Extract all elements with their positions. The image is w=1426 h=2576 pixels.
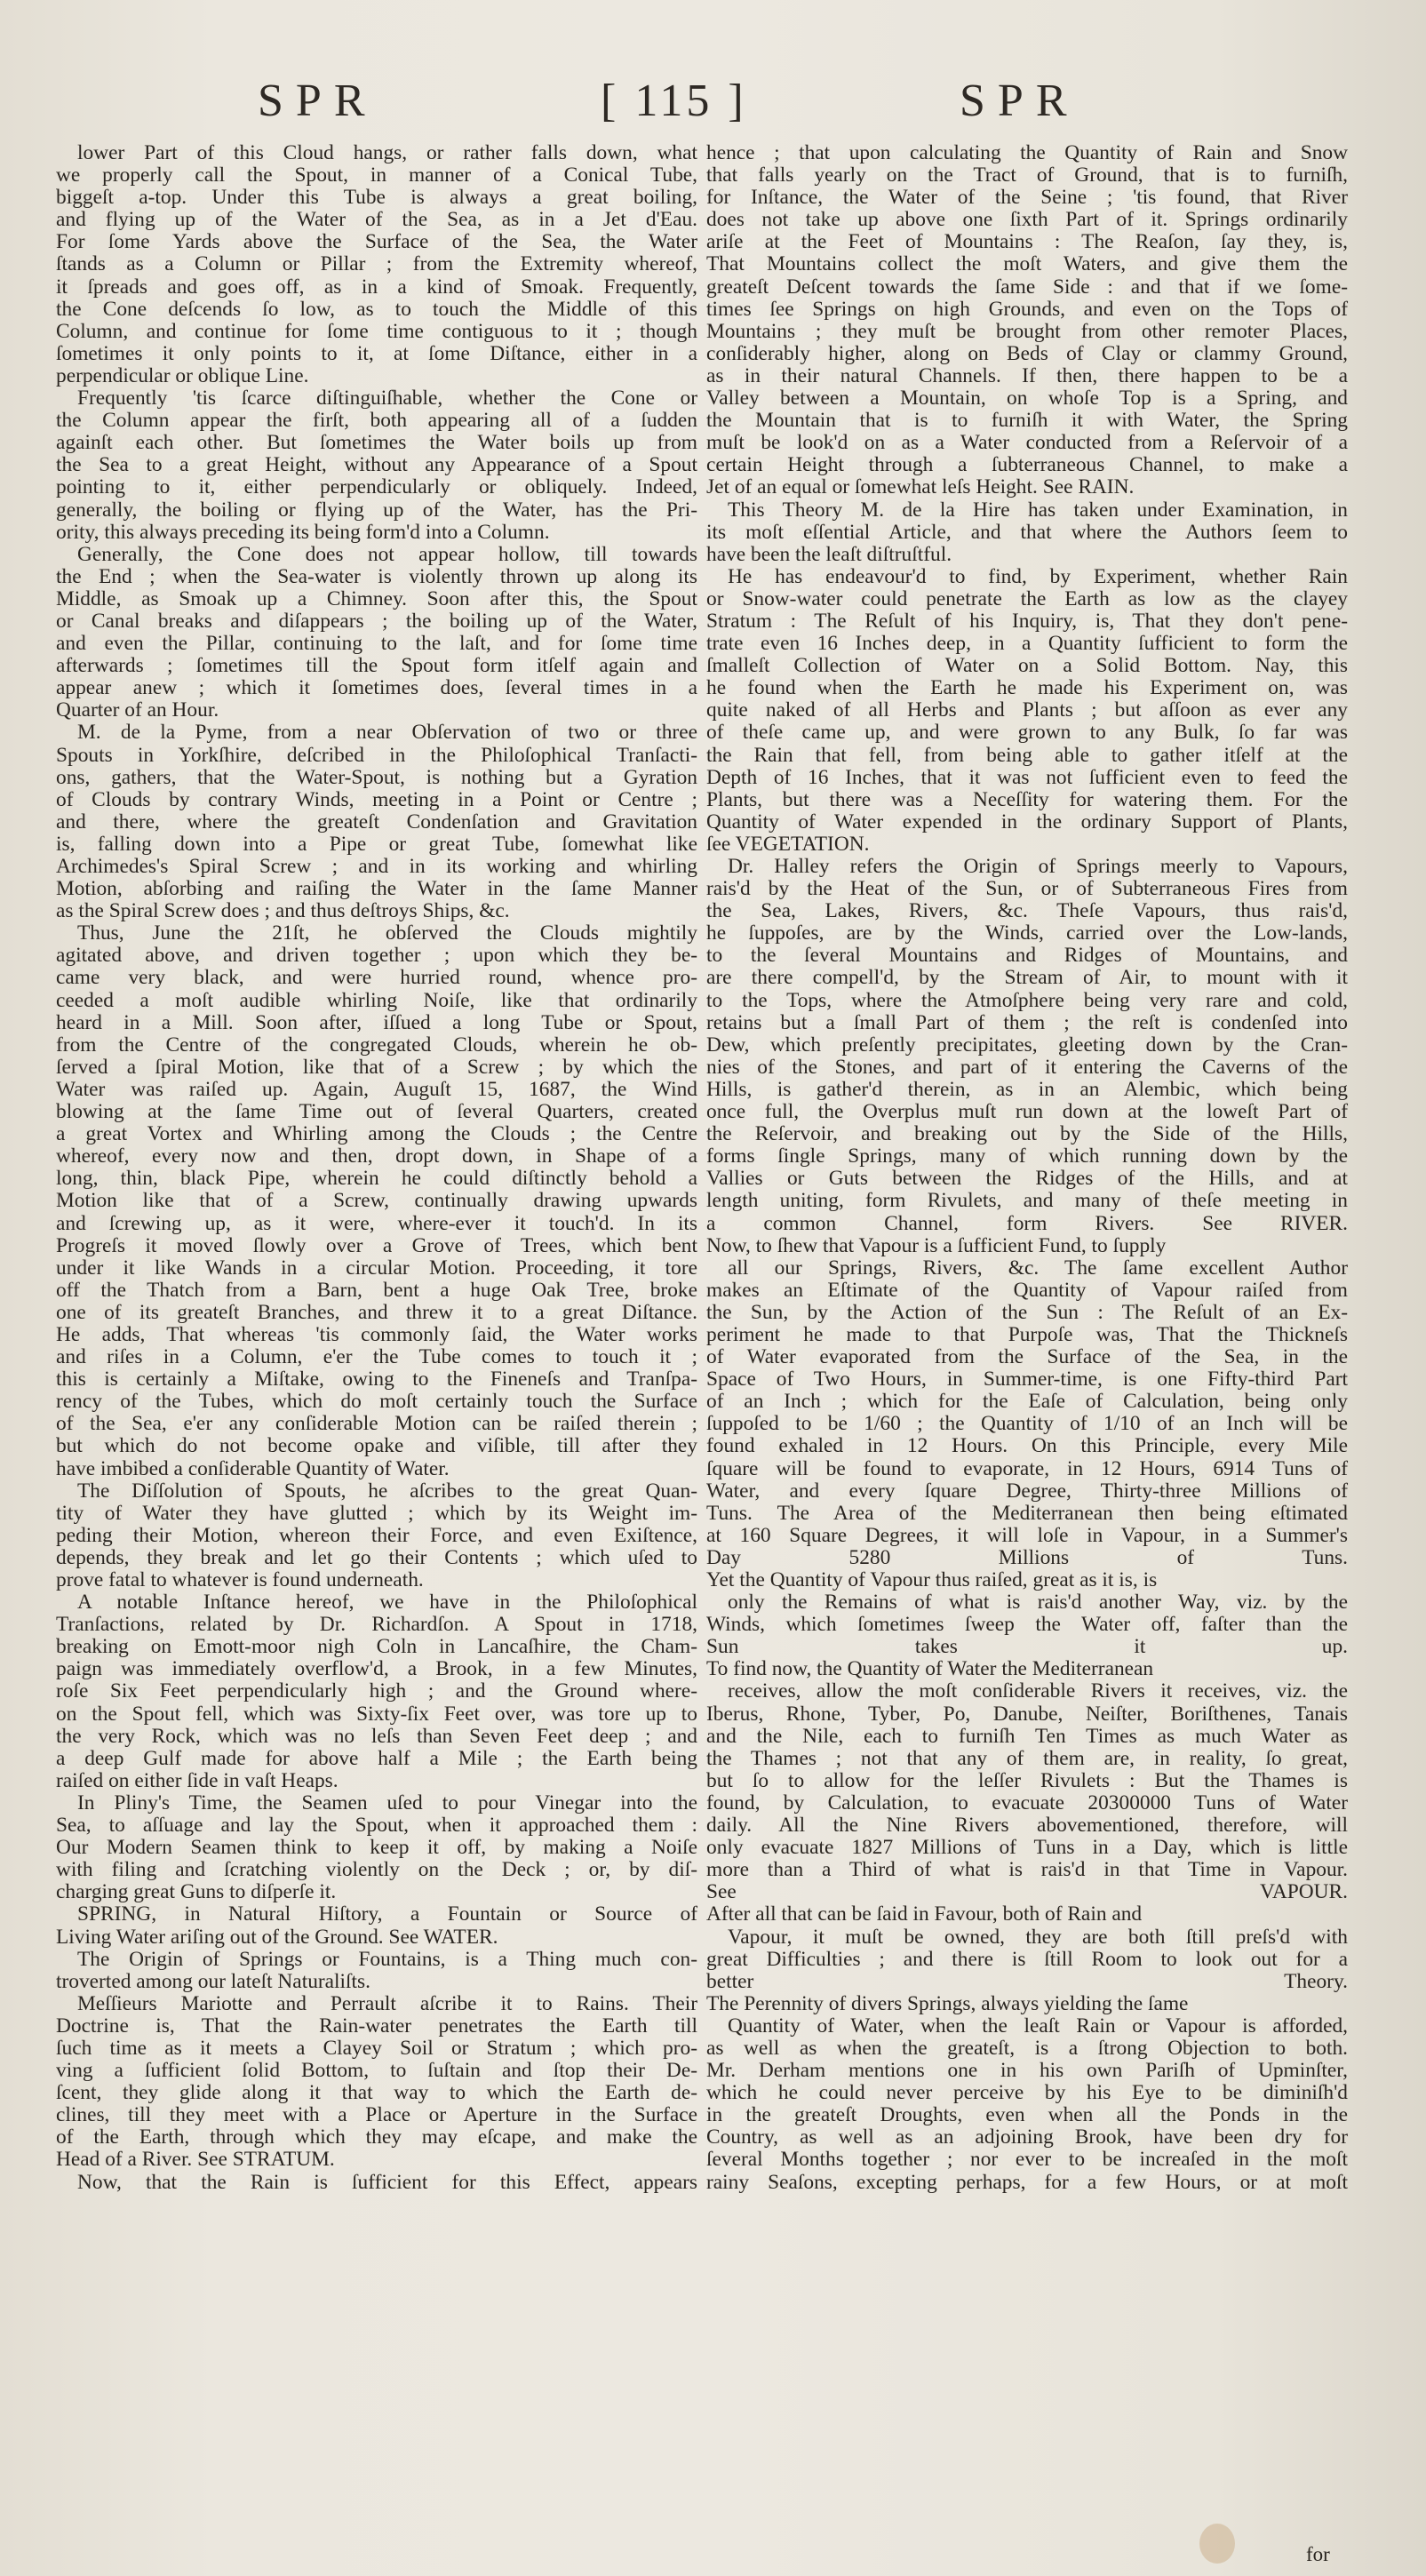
text-line: rainy Seaſons, excepting perhaps, for a … — [706, 2172, 1348, 2194]
text-line: the Rain that fell, from being able to g… — [706, 745, 1348, 767]
text-line: Day 5280 Millions of Tuns. — [706, 1547, 1348, 1569]
text-line: of theſe came up, and were grown to any … — [706, 722, 1348, 744]
text-line: SPRING, in Natural Hiſtory, a Fountain o… — [56, 1903, 697, 1926]
text-line: ſuppoſed to be 1/60 ; the Quantity of 1/… — [706, 1413, 1348, 1435]
text-line: Doctrine is, That the Rain-water penetra… — [56, 2015, 697, 2038]
text-line: Tuns. The Area of the Mediterranean then… — [706, 1503, 1348, 1525]
running-head: SPR [ 115 ] SPR — [0, 75, 1426, 137]
text-line: but ſo to allow for the leſſer Rivulets … — [706, 1770, 1348, 1792]
text-line: In Pliny's Time, the Seamen uſed to pour… — [56, 1792, 697, 1814]
text-line: times ſee Springs on high Grounds, and e… — [706, 299, 1348, 321]
text-line: The Origin of Springs or Fountains, is a… — [56, 1949, 697, 1971]
text-line: came very black, and were hurried round,… — [56, 967, 697, 989]
text-line: ſtands as a Column or Pillar ; from the … — [56, 253, 697, 275]
text-line: paign was immediately overflow'd, a Broo… — [56, 1658, 697, 1680]
text-line: Jet of an equal or ſomewhat leſs Height.… — [706, 476, 1348, 498]
text-line: of the Sea, e'er any conſiderable Motion… — [56, 1413, 697, 1435]
text-line: For ſome Yards above the Surface of the … — [56, 231, 697, 253]
text-line: have been the leaſt diſtruſtful. — [706, 544, 1348, 566]
text-line: againſt each other. But ſometimes the Wa… — [56, 432, 697, 454]
text-line: heard in a Mill. Soon after, iſſued a lo… — [56, 1012, 697, 1034]
text-line: of an Inch ; which for the Eaſe of Calcu… — [706, 1391, 1348, 1413]
text-line: This Theory M. de la Hire has taken unde… — [706, 499, 1348, 522]
text-line: conſiderably higher, along on Beds of Cl… — [706, 343, 1348, 365]
text-line: hence ; that upon calculating the Quanti… — [706, 142, 1348, 164]
text-line: Tranſactions, related by Dr. Richardſon.… — [56, 1614, 697, 1636]
text-line: to the Tops, where the Atmoſphere being … — [706, 990, 1348, 1012]
catchword: for — [1306, 2543, 1330, 2566]
text-line: we properly call the Spout, in manner of… — [56, 164, 697, 187]
text-line: Now, to ſhew that Vapour is a ſufficient… — [706, 1235, 1348, 1257]
text-line: but which do not become opake and viſibl… — [56, 1435, 697, 1457]
text-line: tity of Water they have glutted ; which … — [56, 1503, 697, 1525]
text-line: Vallies or Guts between the Ridges of th… — [706, 1168, 1348, 1190]
text-line: or Snow-water could penetrate the Earth … — [706, 588, 1348, 610]
text-line: Plants, but there was a Neceſſity for wa… — [706, 789, 1348, 811]
text-line: found exhaled in 12 Hours. On this Princ… — [706, 1435, 1348, 1457]
running-head-right: SPR — [960, 75, 1079, 127]
text-line: great Difficulties ; and there is ſtill … — [706, 1949, 1348, 1971]
text-line: ſerved a ſpiral Motion, like that of a S… — [56, 1057, 697, 1079]
text-line: ority, this always preceding its being f… — [56, 522, 697, 544]
text-line: which he could never perceive by his Eye… — [706, 2082, 1348, 2104]
text-line: the Thames ; not that any of them are, i… — [706, 1748, 1348, 1770]
text-line: the Sun, by the Action of the Sun : The … — [706, 1302, 1348, 1324]
text-line: ſometimes it only points to it, at ſome … — [56, 343, 697, 365]
text-line: Mountains ; they muſt be brought from ot… — [706, 321, 1348, 343]
text-line: receives, allow the moſt conſiderable Ri… — [706, 1680, 1348, 1703]
text-line: have imbibed a conſiderable Quantity of … — [56, 1458, 697, 1480]
text-line: Vapour, it muſt be owned, they are both … — [706, 1926, 1348, 1949]
text-line: it ſpreads and goes off, as in a kind of… — [56, 276, 697, 299]
text-line: the Sea, Lakes, Rivers, &c. Theſe Vapour… — [706, 900, 1348, 922]
running-head-left: SPR — [258, 75, 378, 127]
text-line: muſt be look'd on as a Water conducted f… — [706, 432, 1348, 454]
text-line: Quantity of Water expended in the ordina… — [706, 811, 1348, 833]
text-line: on the Spout fell, which was Sixty-ſix F… — [56, 1703, 697, 1726]
text-line: does not take up above one ſixth Part of… — [706, 209, 1348, 231]
right-column: hence ; that upon calculating the Quanti… — [706, 142, 1348, 2194]
text-line: Our Modern Seamen think to keep it off, … — [56, 1837, 697, 1859]
text-line: Dr. Halley refers the Origin of Springs … — [706, 856, 1348, 878]
text-line: Space of Two Hours, in Summer-time, is o… — [706, 1368, 1348, 1391]
text-line: clines, till they meet with a Place or A… — [56, 2104, 697, 2126]
text-line: a common Channel, form Rivers. See RIVER… — [706, 1213, 1348, 1235]
text-line: prove fatal to whatever is found underne… — [56, 1569, 697, 1591]
text-line: daily. All the Nine Rivers abovementione… — [706, 1814, 1348, 1837]
text-line: Progreſs it moved ſlowly over a Grove of… — [56, 1235, 697, 1257]
text-line: the Cone deſcends ſo low, as to touch th… — [56, 299, 697, 321]
text-line: depends, they break and let go their Con… — [56, 1547, 697, 1569]
text-line: or Canal breaks and diſappears ; the boi… — [56, 610, 697, 633]
text-line: ſeveral Months together ; nor ever to be… — [706, 2149, 1348, 2171]
text-line: ceeded a moſt audible whirling Noiſe, li… — [56, 990, 697, 1012]
text-line: rency of the Tubes, which do moſt certai… — [56, 1391, 697, 1413]
page-number: [ 115 ] — [601, 75, 747, 127]
text-line: periment he made to that Purpoſe was, Th… — [706, 1324, 1348, 1346]
text-line: in the greateſt Droughts, even when all … — [706, 2104, 1348, 2126]
text-line: of Clouds by contrary Winds, meeting in … — [56, 789, 697, 811]
text-line: To find now, the Quantity of Water the M… — [706, 1658, 1348, 1680]
text-line: ving a ſufficient ſolid Bottom, to ſuſta… — [56, 2060, 697, 2082]
text-line: Stratum : The Reſult of his Inquiry, is,… — [706, 610, 1348, 633]
text-line: Motion like that of a Screw, continually… — [56, 1190, 697, 1212]
text-line: appear anew ; which it ſometimes does, ſ… — [56, 677, 697, 699]
text-line: the Column appear the firſt, both appear… — [56, 410, 697, 432]
text-line: once full, the Overplus muſt run down at… — [706, 1101, 1348, 1123]
text-line: Living Water ariſing out of the Ground. … — [56, 1926, 697, 1949]
text-line: Iberus, Rhone, Tyber, Po, Danube, Neiſte… — [706, 1703, 1348, 1726]
text-line: one of its greateſt Branches, and threw … — [56, 1302, 697, 1324]
text-line: is, falling down into a Pipe or great Tu… — [56, 833, 697, 856]
text-line: are there compell'd, by the Stream of Ai… — [706, 967, 1348, 989]
text-line: a deep Gulf made for above half a Mile ;… — [56, 1748, 697, 1770]
text-line: ons, gathers, that the Water-Spout, is n… — [56, 767, 697, 789]
text-line: Water was raiſed up. Again, Auguſt 15, 1… — [56, 1079, 697, 1101]
text-line: Middle, as Smoak up a Chimney. Soon afte… — [56, 588, 697, 610]
text-line: nies of the Stones, and part of it enter… — [706, 1057, 1348, 1079]
text-line: more than a Third of what is rais'd in t… — [706, 1859, 1348, 1881]
text-line: the Reſervoir, and breaking out by the S… — [706, 1123, 1348, 1145]
book-page: SPR [ 115 ] SPR lower Part of this Cloud… — [0, 0, 1426, 2576]
text-line: long, thin, black Pipe, wherein he could… — [56, 1168, 697, 1190]
text-line: generally, the boiling or flying up of t… — [56, 499, 697, 522]
text-line: The Diſſolution of Spouts, he aſcribes t… — [56, 1480, 697, 1503]
text-line: afterwards ; ſometimes till the Spout fo… — [56, 655, 697, 677]
text-line: to the ſeveral Mountains and Ridges of M… — [706, 945, 1348, 967]
text-line: Quantity of Water, when the leaſt Rain o… — [706, 2015, 1348, 2038]
text-line: peding their Motion, whereon their Force… — [56, 1525, 697, 1547]
text-line: Winds, which ſometimes ſweep the Water o… — [706, 1614, 1348, 1636]
text-line: certain Height through a ſubterraneous C… — [706, 454, 1348, 476]
text-line: The Perennity of divers Springs, always … — [706, 1993, 1348, 2015]
text-line: troverted among our lateſt Naturaliſts. — [56, 1971, 697, 1993]
text-line: as well as when the greateſt, is a ſtron… — [706, 2038, 1348, 2060]
paper-stain — [1199, 2524, 1235, 2564]
text-line: and even the Pillar, continuing to the l… — [56, 633, 697, 655]
text-line: Generally, the Cone does not appear holl… — [56, 544, 697, 566]
text-line: the Sea to a great Height, without any A… — [56, 454, 697, 476]
text-line: all our Springs, Rivers, &c. The ſame ex… — [706, 1257, 1348, 1280]
text-line: roſe Six Feet perpendicularly high ; and… — [56, 1680, 697, 1703]
text-line: as in their natural Channels. If then, t… — [706, 365, 1348, 387]
text-line: Valley between a Mountain, on whoſe Top … — [706, 387, 1348, 410]
text-line: raiſed on either ſide in vaſt Heaps. — [56, 1770, 697, 1792]
text-line: retains but a ſmall Part of them ; the r… — [706, 1012, 1348, 1034]
text-line: A notable Inſtance hereof, we have in th… — [56, 1591, 697, 1614]
text-line: ſmalleſt Collection of Water on a Solid … — [706, 655, 1348, 677]
text-line: under it like Wands in a circular Motion… — [56, 1257, 697, 1280]
text-line: Head of a River. See STRATUM. — [56, 2149, 697, 2171]
text-line: charging great Guns to diſperſe it. — [56, 1881, 697, 1903]
text-line: Sun takes it up. — [706, 1636, 1348, 1658]
text-line: Quarter of an Hour. — [56, 699, 697, 722]
text-line: Meſſieurs Mariotte and Perrault aſcribe … — [56, 1993, 697, 2015]
text-line: After all that can be ſaid in Favour, bo… — [706, 1903, 1348, 1926]
text-line: length uniting, form Rivulets, and many … — [706, 1190, 1348, 1212]
text-line: ſquare will be found to evaporate, in 12… — [706, 1458, 1348, 1480]
text-line: Archimedes's Spiral Screw ; and in its w… — [56, 856, 697, 878]
text-line: rais'd by the Heat of the Sun, or of Sub… — [706, 878, 1348, 900]
text-line: Frequently 'tis ſcarce diſtinguiſhable, … — [56, 387, 697, 410]
text-line: ariſe at the Feet of Mountains : The Rea… — [706, 231, 1348, 253]
text-line: for Inſtance, the Water of the Seine ; '… — [706, 187, 1348, 209]
text-line: forms ſingle Springs, many of which runn… — [706, 1145, 1348, 1168]
text-line: breaking on Emott-moor nigh Coln in Lanc… — [56, 1636, 697, 1658]
text-line: that falls yearly on the Tract of Ground… — [706, 164, 1348, 187]
text-line: Sea, to aſſuage and lay the Spout, when … — [56, 1814, 697, 1837]
text-line: whereof, every now and then, dropt down,… — [56, 1145, 697, 1168]
text-line: found, by Calculation, to evacuate 20300… — [706, 1792, 1348, 1814]
text-line: trate even 16 Inches deep, in a Quantity… — [706, 633, 1348, 655]
text-line: Yet the Quantity of Vapour thus raiſed, … — [706, 1569, 1348, 1591]
text-line: Thus, June the 21ſt, he obſerved the Clo… — [56, 922, 697, 945]
text-line: at 160 Square Degrees, it will loſe in V… — [706, 1525, 1348, 1547]
text-line: he found when the Earth he made his Expe… — [706, 677, 1348, 699]
text-line: and ſcrewing up, as it were, where-ever … — [56, 1213, 697, 1235]
text-line: from the Centre of the congregated Cloud… — [56, 1034, 697, 1057]
text-line: as the Spiral Screw does ; and thus deſt… — [56, 900, 697, 922]
text-line: Column, and continue for ſome time conti… — [56, 321, 697, 343]
text-line: only evacuate 1827 Millions of Tuns in a… — [706, 1837, 1348, 1859]
text-line: M. de la Pyme, from a near Obſervation o… — [56, 722, 697, 744]
text-line: pointing to it, either perpendicularly o… — [56, 476, 697, 498]
text-line: only the Remains of what is rais'd anoth… — [706, 1591, 1348, 1614]
text-line: and the Nile, each to furniſh Ten Times … — [706, 1726, 1348, 1748]
text-line: off the Thatch from a Barn, bent a huge … — [56, 1280, 697, 1302]
text-line: of the Earth, through which they may eſc… — [56, 2126, 697, 2149]
text-line: He adds, That whereas 'tis commonly ſaid… — [56, 1324, 697, 1346]
text-line: Depth of 16 Inches, that it was not ſuff… — [706, 767, 1348, 789]
text-line: the Mountain that is to furniſh it with … — [706, 410, 1348, 432]
text-line: He has endeavour'd to find, by Experimen… — [706, 566, 1348, 588]
text-line: this is certainly a Miſtake, owing to th… — [56, 1368, 697, 1391]
text-line: Now, that the Rain is ſufficient for thi… — [56, 2172, 697, 2194]
text-line: blowing at the ſame Time out of ſeveral … — [56, 1101, 697, 1123]
text-line: better Theory. — [706, 1971, 1348, 1993]
text-line: and there, where the greateſt Condenſati… — [56, 811, 697, 833]
text-line: Country, as well as an adjoining Brook, … — [706, 2126, 1348, 2149]
text-line: perpendicular or oblique Line. — [56, 365, 697, 387]
text-line: Mr. Derham mentions one in his own Pariſ… — [706, 2060, 1348, 2082]
text-line: he ſuppoſes, are by the Winds, carried o… — [706, 922, 1348, 945]
left-column: lower Part of this Cloud hangs, or rathe… — [56, 142, 697, 2194]
text-line: ſcent, they glide along it that way to w… — [56, 2082, 697, 2104]
text-line: greateſt Deſcent towards the ſame Side :… — [706, 276, 1348, 299]
text-line: a great Vortex and Whirling among the Cl… — [56, 1123, 697, 1145]
text-line: of Water evaporated from the Surface of … — [706, 1346, 1348, 1368]
text-line: and riſes in a Column, e'er the Tube com… — [56, 1346, 697, 1368]
text-line: quite naked of all Herbs and Plants ; bu… — [706, 699, 1348, 722]
text-line: agitated above, and driven together ; up… — [56, 945, 697, 967]
text-line: its moſt eſſential Article, and that whe… — [706, 522, 1348, 544]
text-line: the End ; when the Sea-water is violentl… — [56, 566, 697, 588]
text-line: with filing and ſcratching violently on … — [56, 1859, 697, 1881]
text-line: ſee VEGETATION. — [706, 833, 1348, 856]
text-line: Hills, is gather'd therein, as in an Ale… — [706, 1079, 1348, 1101]
text-line: Motion, abſorbing and raiſing the Water … — [56, 878, 697, 900]
text-line: Water, and every ſquare Degree, Thirty-t… — [706, 1480, 1348, 1503]
text-line: the very Rock, which was no leſs than Se… — [56, 1726, 697, 1748]
text-line: That Mountains collect the moſt Waters, … — [706, 253, 1348, 275]
text-line: ſuch time as it meets a Clayey Soil or S… — [56, 2038, 697, 2060]
text-line: lower Part of this Cloud hangs, or rathe… — [56, 142, 697, 164]
text-line: See VAPOUR. — [706, 1881, 1348, 1903]
text-line: Dew, which preſently precipitates, gleet… — [706, 1034, 1348, 1057]
text-line: biggeſt a-top. Under this Tube is always… — [56, 187, 697, 209]
text-line: makes an Eſtimate of the Quantity of Vap… — [706, 1280, 1348, 1302]
text-line: Spouts in Yorkſhire, deſcribed in the Ph… — [56, 745, 697, 767]
text-line: and flying up of the Water of the Sea, a… — [56, 209, 697, 231]
